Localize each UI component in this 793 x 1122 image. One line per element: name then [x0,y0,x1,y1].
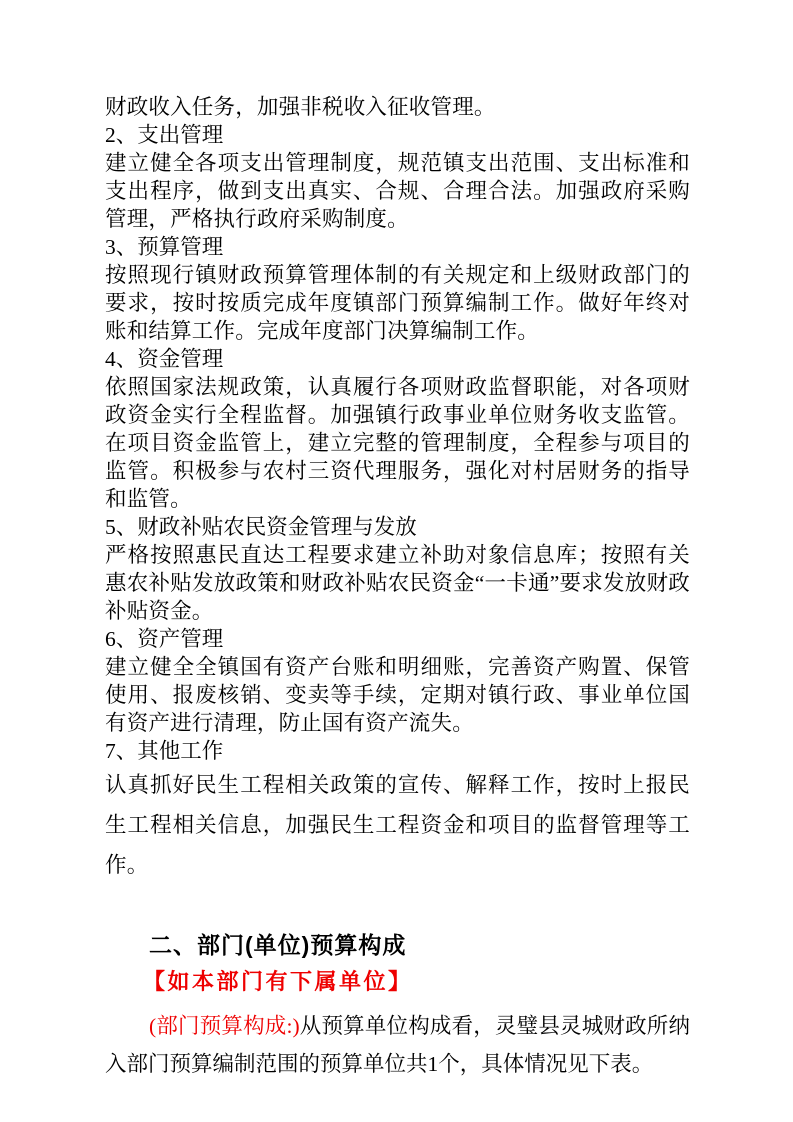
item-3-body: 按照现行镇财政预算管理体制的有关规定和上级财政部门的要求，按时按质完成年度镇部门… [105,261,690,345]
item-7-body: 认真抓好民生工程相关政策的宣传、解释工作，按时上报民生工程相关信息，加强民生工程… [105,765,690,885]
template-note-subordinate-units: 【如本部门有下属单位】 [105,965,690,998]
item-4-heading: 4、资金管理 [105,345,690,373]
item-5-heading: 5、财政补贴农民资金管理与发放 [105,513,690,541]
item-2-heading: 2、支出管理 [105,121,690,149]
section-2-heading: 二、部门(单位)预算构成 [105,929,690,962]
item-5-body: 严格按照惠民直达工程要求建立补助对象信息库；按照有关惠农补贴发放政策和财政补贴农… [105,541,690,625]
continued-paragraph: 财政收入任务，加强非税收入征收管理。 [105,93,690,121]
item-3-heading: 3、预算管理 [105,233,690,261]
item-6-heading: 6、资产管理 [105,625,690,653]
budget-composition-lead: (部门预算构成:) [149,1014,300,1038]
item-7-heading: 7、其他工作 [105,737,690,765]
item-2-body: 建立健全各项支出管理制度，规范镇支出范围、支出标准和支出程序，做到支出真实、合规… [105,149,690,233]
item-6-body: 建立健全全镇国有资产台账和明细账，完善资产购置、保管使用、报废核销、变卖等手续，… [105,653,690,737]
budget-composition-paragraph: (部门预算构成:)从预算单位构成看，灵璧县灵城财政所纳入部门预算编制范围的预算单… [105,1007,690,1083]
item-4-body: 依照国家法规政策，认真履行各项财政监督职能，对各项财政资金实行全程监督。加强镇行… [105,373,690,513]
document-page: 财政收入任务，加强非税收入征收管理。 2、支出管理 建立健全各项支出管理制度，规… [0,0,793,1122]
